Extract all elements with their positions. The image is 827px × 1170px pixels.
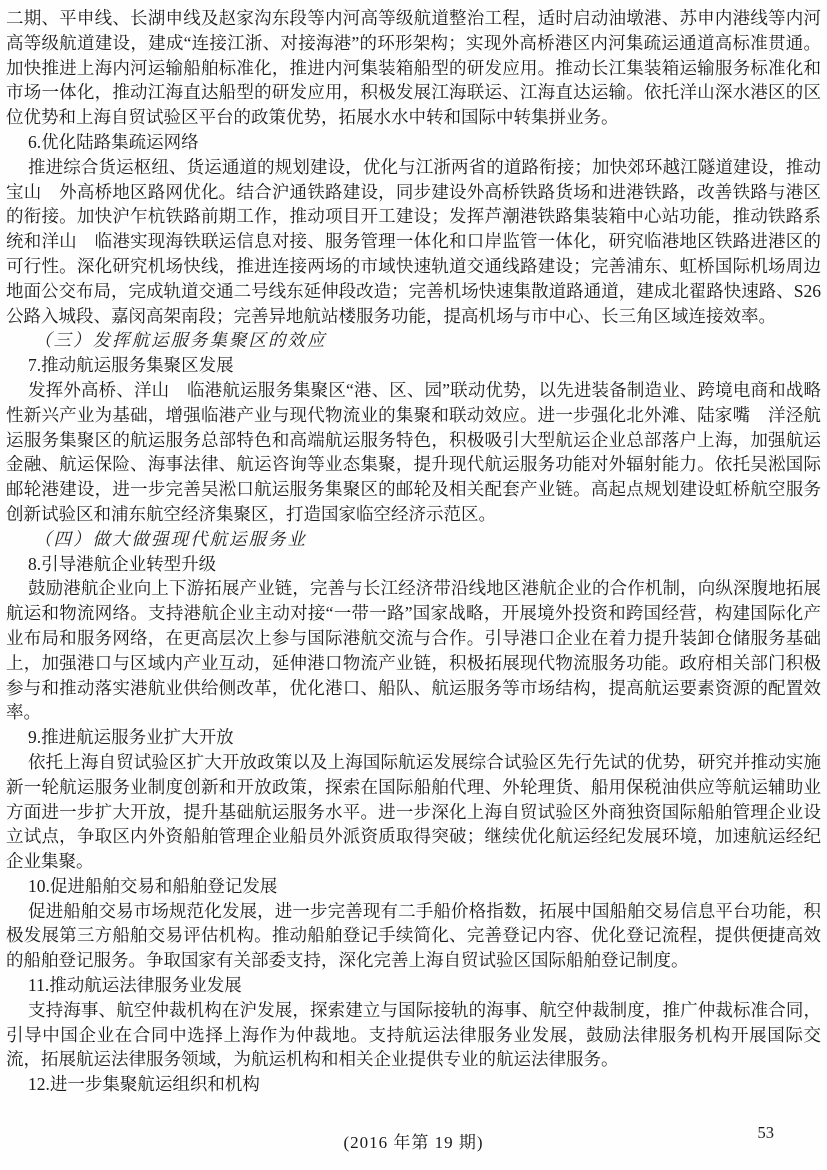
- paragraph-continuation: 二期、平申线、长湖申线及赵家沟东段等内河高等级航道整治工程，适时启动油墩港、苏申…: [6, 6, 821, 130]
- document-body: 二期、平申线、长湖申线及赵家沟东段等内河高等级航道整治工程，适时启动油墩港、苏申…: [6, 6, 821, 1097]
- numbered-heading-11: 11.推动航运法律服务业发展: [6, 973, 821, 998]
- page-number: 53: [758, 1123, 775, 1143]
- numbered-heading-6: 6.优化陆路集疏运网络: [6, 130, 821, 155]
- paragraph: 发挥外高桥、洋山 临港航运服务集聚区“港、区、园”联动优势，以先进装备制造业、跨…: [6, 378, 821, 527]
- numbered-heading-12: 12.进一步集聚航运组织和机构: [6, 1072, 821, 1097]
- paragraph: 鼓励港航企业向上下游拓展产业链，完善与长江经济带沿线地区港航企业的合作机制，向纵…: [6, 576, 821, 725]
- numbered-heading-8: 8.引导港航企业转型升级: [6, 552, 821, 577]
- paragraph: 促进船舶交易市场规范化发展，进一步完善现有二手船价格指数，拓展中国船舶交易信息平…: [6, 899, 821, 973]
- numbered-heading-10: 10.促进船舶交易和船舶登记发展: [6, 874, 821, 899]
- document-page: 二期、平申线、长湖申线及赵家沟东段等内河高等级航道整治工程，适时启动油墩港、苏申…: [0, 0, 827, 1170]
- paragraph: 推进综合货运枢纽、货运通道的规划建设，优化与江浙两省的道路衔接；加快郊环越江隧道…: [6, 155, 821, 329]
- paragraph: 支持海事、航空仲裁机构在沪发展，探索建立与国际接轨的海事、航空仲裁制度，推广仲裁…: [6, 998, 821, 1072]
- footer-issue-label: (2016 年第 19 期): [0, 1128, 827, 1153]
- section-heading-4: （四）做大做强现代航运服务业: [6, 527, 821, 552]
- section-heading-3: （三）发挥航运服务集聚区的效应: [6, 328, 821, 353]
- numbered-heading-7: 7.推动航运服务集聚区发展: [6, 353, 821, 378]
- numbered-heading-9: 9.推进航运服务业扩大开放: [6, 725, 821, 750]
- paragraph: 依托上海自贸试验区扩大开放政策以及上海国际航运发展综合试验区先行先试的优势，研究…: [6, 750, 821, 874]
